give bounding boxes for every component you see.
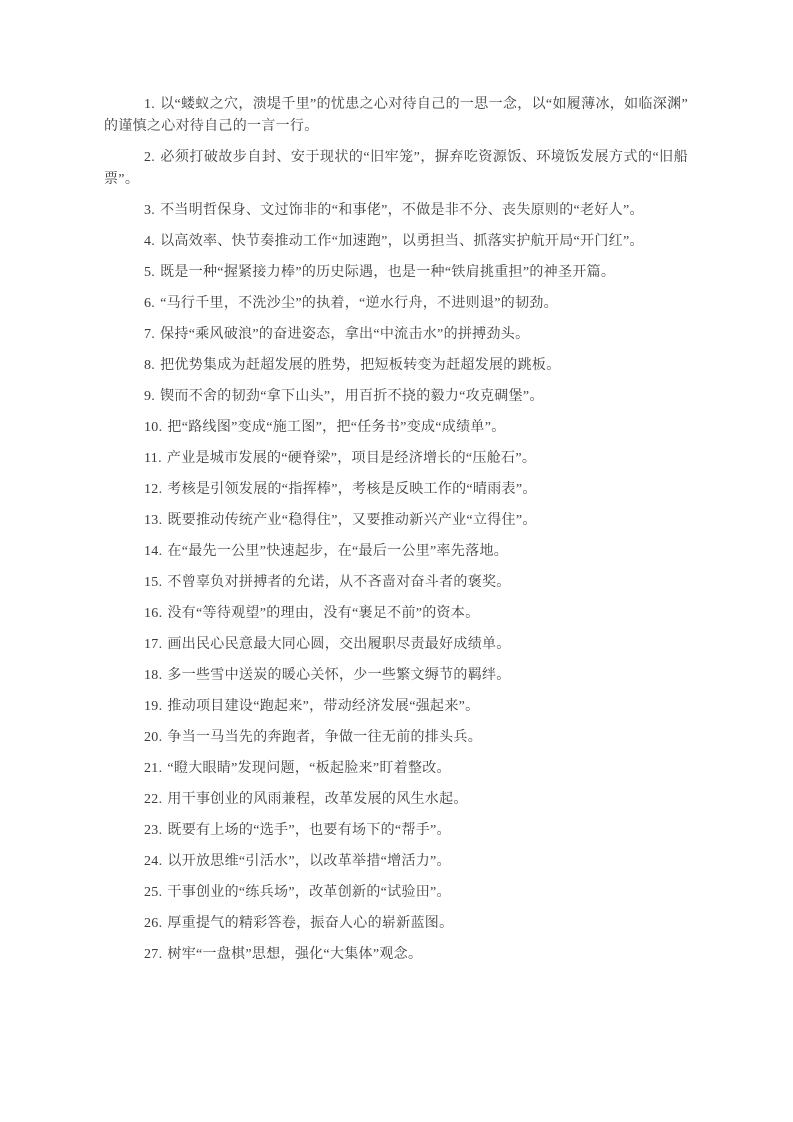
item-number: 2. (144, 150, 155, 165)
item-text: 产业是城市发展的“硬脊梁”，项目是经济增长的“压舱石”。 (167, 451, 536, 466)
item-text: 以开放思维“引活水”，以改革举措“增活力”。 (167, 854, 450, 869)
item-text: 不曾辜负对拼搏者的允诺，从不吝啬对奋斗者的褒奖。 (167, 575, 510, 590)
item-number: 10. (144, 420, 162, 435)
item-number: 16. (144, 606, 162, 621)
list-item: 8.把优势集成为赶超发展的胜势，把短板转变为赶超发展的跳板。 (104, 355, 688, 377)
list-item: 5.既是一种“握紧接力棒”的历史际遇，也是一种“铁肩挑重担”的神圣开篇。 (104, 262, 688, 284)
item-number: 6. (144, 296, 155, 311)
item-text: 没有“等待观望”的理由，没有“裹足不前”的资本。 (167, 606, 479, 621)
item-text: 厚重提气的精彩答卷，振奋人心的崭新蓝图。 (167, 916, 453, 931)
list-item: 14.在“最先一公里”快速起步，在“最后一公里”率先落地。 (104, 541, 688, 563)
item-number: 18. (144, 668, 162, 683)
list-item: 13.既要推动传统产业“稳得住”，又要推动新兴产业“立得住”。 (104, 510, 688, 532)
item-text: 既是一种“握紧接力棒”的历史际遇，也是一种“铁肩挑重担”的神圣开篇。 (160, 265, 615, 280)
list-item: 16.没有“等待观望”的理由，没有“裹足不前”的资本。 (104, 603, 688, 625)
item-text: 既要推动传统产业“稳得住”，又要推动新兴产业“立得住”。 (167, 513, 536, 528)
item-number: 22. (144, 792, 162, 807)
list-item: 26.厚重提气的精彩答卷，振奋人心的崭新蓝图。 (104, 913, 688, 935)
list-item: 1.以“蝼蚁之穴，溃堤千里”的忧患之心对待自己的一思一念，以“如履薄冰，如临深渊… (104, 94, 688, 138)
item-text: “马行千里，不洗沙尘”的执着，“逆水行舟，不进则退”的韧劲。 (160, 296, 558, 311)
item-number: 15. (144, 575, 162, 590)
item-text: 树牢“一盘棋”思想，强化“大集体”观念。 (167, 947, 422, 962)
list-item: 24.以开放思维“引活水”，以改革举措“增活力”。 (104, 851, 688, 873)
item-text: 把优势集成为赶超发展的胜势，把短板转变为赶超发展的跳板。 (160, 358, 560, 373)
item-text: 必须打破故步自封、安于现状的“旧牢笼”，摒弃吃资源饭、环境饭发展方式的“旧船票”… (104, 150, 688, 187)
item-number: 5. (144, 265, 155, 280)
item-number: 9. (144, 389, 155, 404)
item-number: 26. (144, 916, 162, 931)
item-text: 不当明哲保身、文过饰非的“和事佬”，不做是非不分、丧失原则的“老好人”。 (160, 203, 644, 218)
item-number: 3. (144, 203, 155, 218)
document-page: 1.以“蝼蚁之穴，溃堤千里”的忧患之心对待自己的一思一念，以“如履薄冰，如临深渊… (0, 0, 793, 1122)
item-number: 27. (144, 947, 162, 962)
list-item: 21.“瞪大眼睛”发现问题，“板起脸来”盯着整改。 (104, 758, 688, 780)
item-number: 7. (144, 327, 155, 342)
item-number: 24. (144, 854, 162, 869)
item-text: 考核是引领发展的“指挥棒”，考核是反映工作的“晴雨表”。 (167, 482, 536, 497)
item-number: 17. (144, 637, 162, 652)
item-text: 推动项目建设“跑起来”，带动经济发展“强起来”。 (167, 699, 479, 714)
numbered-list: 1.以“蝼蚁之穴，溃堤千里”的忧患之心对待自己的一思一念，以“如履薄冰，如临深渊… (104, 94, 688, 966)
list-item: 9.锲而不舍的韧劲“拿下山头”，用百折不挠的毅力“攻克碉堡”。 (104, 386, 688, 408)
item-text: 保持“乘风破浪”的奋进姿态，拿出“中流击水”的拼搏劲头。 (160, 327, 529, 342)
list-item: 6.“马行千里，不洗沙尘”的执着，“逆水行舟，不进则退”的韧劲。 (104, 293, 688, 315)
item-text: 用干事创业的风雨兼程，改革发展的风生水起。 (167, 792, 467, 807)
item-number: 4. (144, 234, 155, 249)
list-item: 15.不曾辜负对拼搏者的允诺，从不吝啬对奋斗者的褒奖。 (104, 572, 688, 594)
item-text: 以“蝼蚁之穴，溃堤千里”的忧患之心对待自己的一思一念，以“如履薄冰，如临深渊”的… (104, 97, 688, 134)
item-text: 把“路线图”变成“施工图”，把“任务书”变成“成绩单”。 (167, 420, 505, 435)
item-number: 19. (144, 699, 162, 714)
list-item: 23.既要有上场的“选手”，也要有场下的“帮手”。 (104, 820, 688, 842)
item-number: 13. (144, 513, 162, 528)
list-item: 19.推动项目建设“跑起来”，带动经济发展“强起来”。 (104, 696, 688, 718)
item-text: 既要有上场的“选手”，也要有场下的“帮手”。 (167, 823, 450, 838)
item-number: 8. (144, 358, 155, 373)
item-text: 画出民心民意最大同心圆，交出履职尽责最好成绩单。 (167, 637, 510, 652)
item-text: “瞪大眼睛”发现问题，“板起脸来”盯着整改。 (167, 761, 450, 776)
list-item: 18.多一些雪中送炭的暖心关怀，少一些繁文缛节的羁绊。 (104, 665, 688, 687)
list-item: 25.干事创业的“练兵场”，改革创新的“试验田”。 (104, 882, 688, 904)
list-item: 10.把“路线图”变成“施工图”，把“任务书”变成“成绩单”。 (104, 417, 688, 439)
list-item: 22.用干事创业的风雨兼程，改革发展的风生水起。 (104, 789, 688, 811)
item-text: 多一些雪中送炭的暖心关怀，少一些繁文缛节的羁绊。 (167, 668, 510, 683)
list-item: 17.画出民心民意最大同心圆，交出履职尽责最好成绩单。 (104, 634, 688, 656)
item-number: 12. (144, 482, 162, 497)
item-number: 23. (144, 823, 162, 838)
list-item: 20.争当一马当先的奔跑者，争做一往无前的排头兵。 (104, 727, 688, 749)
list-item: 3.不当明哲保身、文过饰非的“和事佬”，不做是非不分、丧失原则的“老好人”。 (104, 200, 688, 222)
list-item: 4.以高效率、快节奏推动工作“加速跑”，以勇担当、抓落实护航开局“开门红”。 (104, 231, 688, 253)
list-item: 27.树牢“一盘棋”思想，强化“大集体”观念。 (104, 944, 688, 966)
item-number: 14. (144, 544, 162, 559)
item-number: 25. (144, 885, 162, 900)
item-text: 干事创业的“练兵场”，改革创新的“试验田”。 (167, 885, 450, 900)
item-number: 21. (144, 761, 162, 776)
item-number: 20. (144, 730, 162, 745)
item-text: 在“最先一公里”快速起步，在“最后一公里”率先落地。 (167, 544, 508, 559)
list-item: 12.考核是引领发展的“指挥棒”，考核是反映工作的“晴雨表”。 (104, 479, 688, 501)
item-text: 锲而不舍的韧劲“拿下山头”，用百折不挠的毅力“攻克碉堡”。 (160, 389, 544, 404)
item-text: 争当一马当先的奔跑者，争做一往无前的排头兵。 (167, 730, 482, 745)
item-number: 1. (144, 97, 155, 112)
list-item: 11.产业是城市发展的“硬脊梁”，项目是经济增长的“压舱石”。 (104, 448, 688, 470)
item-text: 以高效率、快节奏推动工作“加速跑”，以勇担当、抓落实护航开局“开门红”。 (160, 234, 644, 249)
item-number: 11. (144, 451, 162, 466)
list-item: 2.必须打破故步自封、安于现状的“旧牢笼”，摒弃吃资源饭、环境饭发展方式的“旧船… (104, 147, 688, 191)
list-item: 7.保持“乘风破浪”的奋进姿态，拿出“中流击水”的拼搏劲头。 (104, 324, 688, 346)
